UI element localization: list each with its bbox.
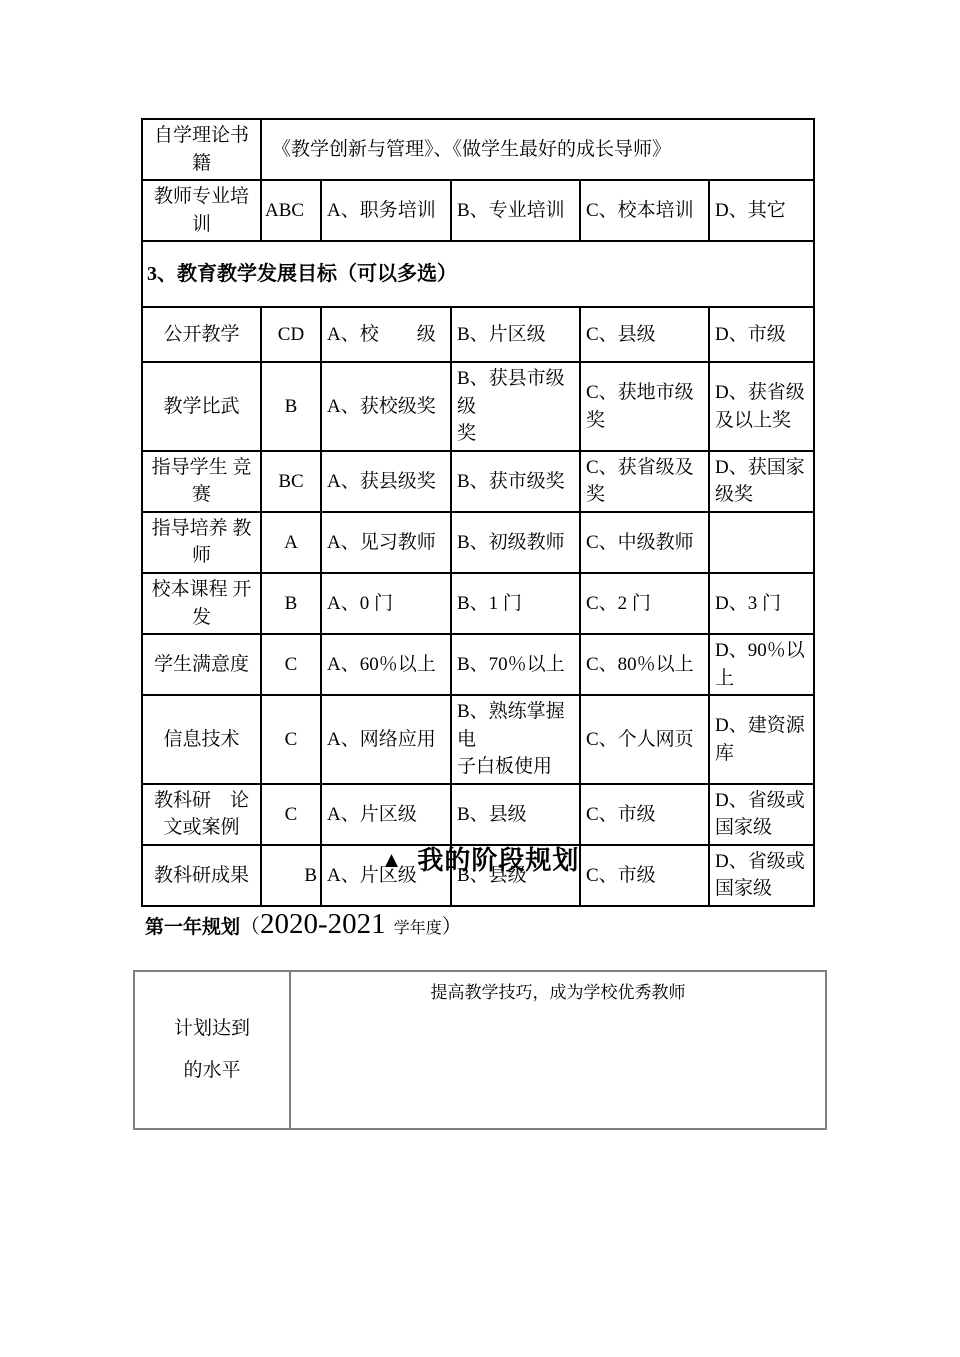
- table-row: 校本课程 开 发BA、0 门B、1 门C、2 门D、3 门: [142, 573, 814, 634]
- option-cell: B、县级: [451, 784, 580, 845]
- answer-cell: A: [261, 512, 321, 573]
- row-label-cell: 信息技术: [142, 695, 261, 784]
- row-label-cell: 教科研 论 文或案例: [142, 784, 261, 845]
- stage-plan-title: 我的阶段规划: [417, 845, 579, 875]
- answer-cell: BC: [261, 451, 321, 512]
- table-row: 指导培养 教 师AA、见习教师B、初级教师C、中级教师: [142, 512, 814, 573]
- plan-level-content-cell: 提高教学技巧，成为学校优秀教师: [290, 971, 826, 1129]
- option-cell: B、熟练掌握电 子白板使用: [451, 695, 580, 784]
- table-row: 公开教学CDA、校 级B、片区级C、县级D、市级: [142, 307, 814, 362]
- row-label-cell: 教师专业培 训: [142, 180, 261, 241]
- answer-cell: C: [261, 784, 321, 845]
- first-year-plan-line: 第一年规划 （ 2020-2021 学年度 ）: [145, 908, 462, 941]
- close-paren: ）: [442, 910, 462, 939]
- table-row: 教科研 论 文或案例CA、片区级B、县级C、市级D、省级或 国家级: [142, 784, 814, 845]
- row-label-cell: 自学理论书 籍: [142, 119, 261, 180]
- row-label-cell: 学生满意度: [142, 634, 261, 695]
- answer-cell: C: [261, 634, 321, 695]
- option-cell: D、90％以 上: [709, 634, 814, 695]
- survey-table-body: 自学理论书 籍《教学创新与管理》、《做学生最好的成长导师》教师专业培 训ABCA…: [142, 119, 814, 906]
- option-cell: D、获国家 级奖: [709, 451, 814, 512]
- option-cell: C、2 门: [580, 573, 709, 634]
- option-cell: B、初级教师: [451, 512, 580, 573]
- document-page: 自学理论书 籍《教学创新与管理》、《做学生最好的成长导师》教师专业培 训ABCA…: [0, 0, 960, 1357]
- option-cell: C、市级: [580, 784, 709, 845]
- option-cell: C、个人网页: [580, 695, 709, 784]
- answer-cell: C: [261, 695, 321, 784]
- option-cell: D、建资源 库: [709, 695, 814, 784]
- school-year-range: 2020-2021: [260, 908, 386, 941]
- option-cell: D、省级或 国家级: [709, 784, 814, 845]
- table-row: 计划达到 的水平 提高教学技巧，成为学校优秀教师: [134, 971, 826, 1129]
- table-row: 指导学生 竞 赛BCA、获县级奖B、获市级奖C、获省级及奖D、获国家 级奖: [142, 451, 814, 512]
- survey-table: 自学理论书 籍《教学创新与管理》、《做学生最好的成长导师》教师专业培 训ABCA…: [141, 118, 815, 907]
- answer-cell: CD: [261, 307, 321, 362]
- option-cell: B、片区级: [451, 307, 580, 362]
- option-cell: A、60％以上: [321, 634, 451, 695]
- row-label-cell: 指导培养 教 师: [142, 512, 261, 573]
- row-label-cell: 公开教学: [142, 307, 261, 362]
- option-cell: C、获省级及奖: [580, 451, 709, 512]
- option-cell: B、1 门: [451, 573, 580, 634]
- table-row: 信息技术CA、网络应用B、熟练掌握电 子白板使用C、个人网页D、建资源 库: [142, 695, 814, 784]
- table-row: 教学比武BA、获校级奖B、获县市级级 奖C、获地市级奖D、获省级 及以上奖: [142, 362, 814, 451]
- option-cell: A、网络应用: [321, 695, 451, 784]
- option-cell: B、70％以上: [451, 634, 580, 695]
- row-label-cell: 校本课程 开 发: [142, 573, 261, 634]
- option-cell: C、中级教师: [580, 512, 709, 573]
- stage-plan-heading: ▲我的阶段规划: [0, 840, 960, 877]
- answer-cell: B: [261, 573, 321, 634]
- option-cell: D、3 门: [709, 573, 814, 634]
- table-row: 自学理论书 籍《教学创新与管理》、《做学生最好的成长导师》: [142, 119, 814, 180]
- option-cell: [709, 512, 814, 573]
- option-cell: A、获县级奖: [321, 451, 451, 512]
- table-row: 教师专业培 训ABCA、职务培训B、专业培训C、校本培训D、其它: [142, 180, 814, 241]
- table-row: 学生满意度CA、60％以上B、70％以上C、80％以上D、90％以 上: [142, 634, 814, 695]
- option-cell: A、获校级奖: [321, 362, 451, 451]
- option-cell: A、片区级: [321, 784, 451, 845]
- option-cell: A、校 级: [321, 307, 451, 362]
- book-titles-cell: 《教学创新与管理》、《做学生最好的成长导师》: [261, 119, 814, 180]
- option-cell: C、80％以上: [580, 634, 709, 695]
- option-cell: A、0 门: [321, 573, 451, 634]
- option-cell: D、其它: [709, 180, 814, 241]
- open-paren: （: [240, 910, 260, 939]
- option-cell: C、县级: [580, 307, 709, 362]
- option-cell: A、见习教师: [321, 512, 451, 573]
- school-year-unit: 学年度: [394, 915, 442, 938]
- option-cell: B、获县市级级 奖: [451, 362, 580, 451]
- triangle-icon: ▲: [381, 847, 404, 872]
- option-cell: C、校本培训: [580, 180, 709, 241]
- row-label-cell: 教学比武: [142, 362, 261, 451]
- table-row: 3、教育教学发展目标（可以多选）: [142, 241, 814, 307]
- option-cell: B、获市级奖: [451, 451, 580, 512]
- option-cell: C、获地市级奖: [580, 362, 709, 451]
- plan-level-label-cell: 计划达到 的水平: [134, 971, 290, 1129]
- section-heading-cell: 3、教育教学发展目标（可以多选）: [142, 241, 814, 307]
- plan-table: 计划达到 的水平 提高教学技巧，成为学校优秀教师: [133, 970, 827, 1130]
- answer-cell: B: [261, 362, 321, 451]
- option-cell: B、专业培训: [451, 180, 580, 241]
- option-cell: D、市级: [709, 307, 814, 362]
- first-year-label: 第一年规划: [145, 912, 240, 939]
- answer-cell: ABC: [261, 180, 321, 241]
- row-label-cell: 指导学生 竞 赛: [142, 451, 261, 512]
- option-cell: A、职务培训: [321, 180, 451, 241]
- option-cell: D、获省级 及以上奖: [709, 362, 814, 451]
